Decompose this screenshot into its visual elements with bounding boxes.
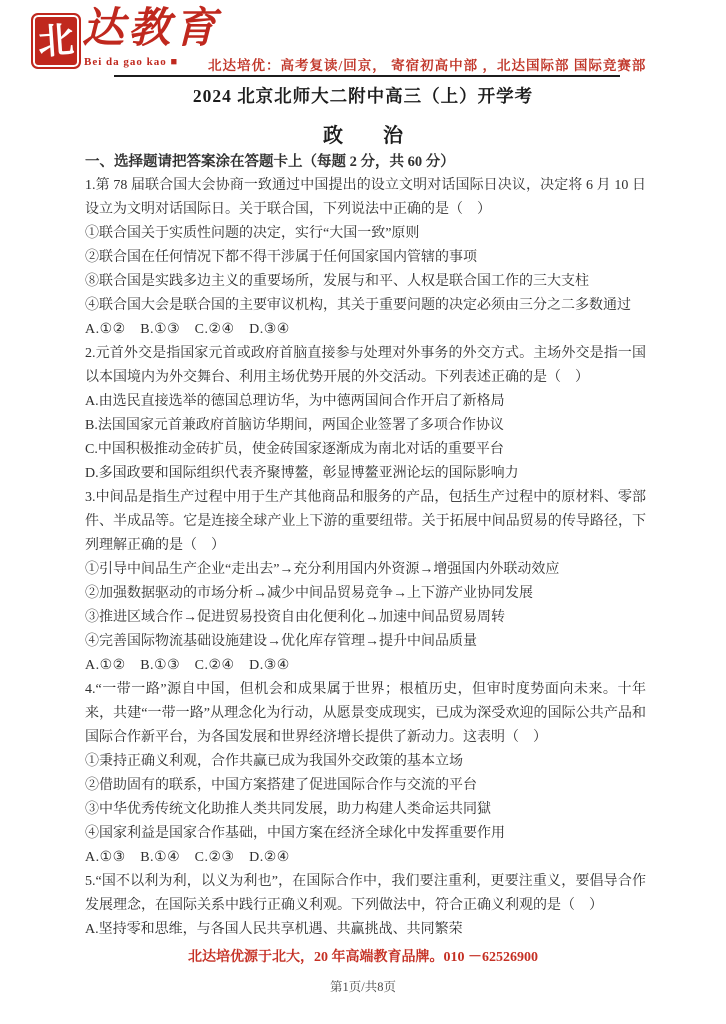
question-item: ④国家利益是国家合作基础，中国方案在经济全球化中发挥重要作用 xyxy=(85,822,646,846)
question-1: 1.第 78 届联合国大会协商一致通过中国提出的设立文明对话国际日决议，决定将 … xyxy=(85,174,646,342)
question-item: C.中国积极推动金砖扩员，使金砖国家逐渐成为南北对话的重要平台 xyxy=(85,438,646,462)
exam-page: 北 达教育 Bei da gao kao ■ 北达培优：高考复读/回京， 寄宿初… xyxy=(0,0,726,1024)
options-line: A.①② B.①③ C.②④ D.③④ xyxy=(85,318,646,342)
brand-pinyin: Bei da gao kao ■ xyxy=(84,56,178,68)
question-2: 2.元首外交是指国家元首或政府首脑直接参与处理对外事务的外交方式。主场外交是指一… xyxy=(85,342,646,486)
seal-character: 北 xyxy=(37,22,75,60)
question-stem: 1.第 78 届联合国大会协商一致通过中国提出的设立文明对话国际日决议，决定将 … xyxy=(85,174,646,222)
question-4: 4.“一带一路”源自中国，但机会和成果属于世界；根植历史，但审时度势面向未来。十… xyxy=(85,678,646,870)
question-item: A.由选民直接选举的德国总理访华，为中德两国间合作开启了新格局 xyxy=(85,390,646,414)
question-item: ④联合国大会是联合国的主要审议机构，其关于重要问题的决定必须由三分之二多数通过 xyxy=(85,294,646,318)
question-stem: 4.“一带一路”源自中国，但机会和成果属于世界；根植历史，但审时度势面向未来。十… xyxy=(85,678,646,750)
question-item: ①引导中间品生产企业“走出去”→充分利用国内外资源→增强国内外联动效应 xyxy=(85,558,646,582)
question-item: ⑧联合国是实践多边主义的重要场所，发展与和平、人权是联合国工作的三大支柱 xyxy=(85,270,646,294)
question-stem: 2.元首外交是指国家元首或政府首脑直接参与处理对外事务的外交方式。主场外交是指一… xyxy=(85,342,646,390)
options-line: A.①② B.①③ C.②④ D.③④ xyxy=(85,654,646,678)
question-5: 5.“国不以利为利，以义为利也”，在国际合作中，我们要注重利，更要注重义，要倡导… xyxy=(85,870,646,942)
options-line: A.①③ B.①④ C.②③ D.②④ xyxy=(85,846,646,870)
question-item: ①秉持正确义利观，合作共赢已成为我国外交政策的基本立场 xyxy=(85,750,646,774)
question-stem: 3.中间品是指生产过程中用于生产其他商品和服务的产品，包括生产过程中的原材料、零… xyxy=(85,486,646,558)
question-stem: 5.“国不以利为利，以义为利也”，在国际合作中，我们要注重利，更要注重义，要倡导… xyxy=(85,870,646,918)
question-item: ②借助固有的联系，中国方案搭建了促进国际合作与交流的平台 xyxy=(85,774,646,798)
brand-tagline: 北达培优：高考复读/回京， 寄宿初高中部 ，北达国际部 国际竞赛部 xyxy=(208,54,646,74)
subject-title: 政 治 xyxy=(0,119,726,148)
brand-name: 达教育 xyxy=(82,6,220,52)
question-item: ①联合国关于实质性问题的决定，实行“大国一致”原则 xyxy=(85,222,646,246)
header-divider xyxy=(114,75,620,77)
footer-promo: 北达培优源于北大，20 年高端教育品牌。010 －62526900 xyxy=(0,946,726,966)
exam-body: 一、选择题请把答案涂在答题卡上（每题 2 分，共 60 分） 1.第 78 届联… xyxy=(85,150,646,942)
question-item: ②加强数据驱动的市场分析→减少中间品贸易竞争→上下游产业协同发展 xyxy=(85,582,646,606)
page-indicator: 第1页/共8页 xyxy=(0,977,726,995)
question-item: ②联合国在任何情况下都不得干涉属于任何国家国内管辖的事项 xyxy=(85,246,646,270)
question-item: ③推进区域合作→促进贸易投资自由化便利化→加速中间品贸易周转 xyxy=(85,606,646,630)
question-item: B.法国国家元首兼政府首脑访华期间，两国企业签署了多项合作协议 xyxy=(85,414,646,438)
question-item: D.多国政要和国际组织代表齐聚博鳌，彰显博鳌亚洲论坛的国际影响力 xyxy=(85,462,646,486)
question-item: ④完善国际物流基础设施建设→优化库存管理→提升中间品质量 xyxy=(85,630,646,654)
question-item: ③中华优秀传统文化助推人类共同发展，助力构建人类命运共同獄 xyxy=(85,798,646,822)
section-heading: 一、选择题请把答案涂在答题卡上（每题 2 分，共 60 分） xyxy=(85,150,646,174)
brand-seal-icon: 北 xyxy=(31,13,81,69)
exam-title: 2024 北京北师大二附中高三（上）开学考 xyxy=(0,83,726,108)
question-3: 3.中间品是指生产过程中用于生产其他商品和服务的产品，包括生产过程中的原材料、零… xyxy=(85,486,646,678)
question-item: A.坚持零和思维，与各国人民共享机遇、共赢挑战、共同繁荣 xyxy=(85,918,646,942)
